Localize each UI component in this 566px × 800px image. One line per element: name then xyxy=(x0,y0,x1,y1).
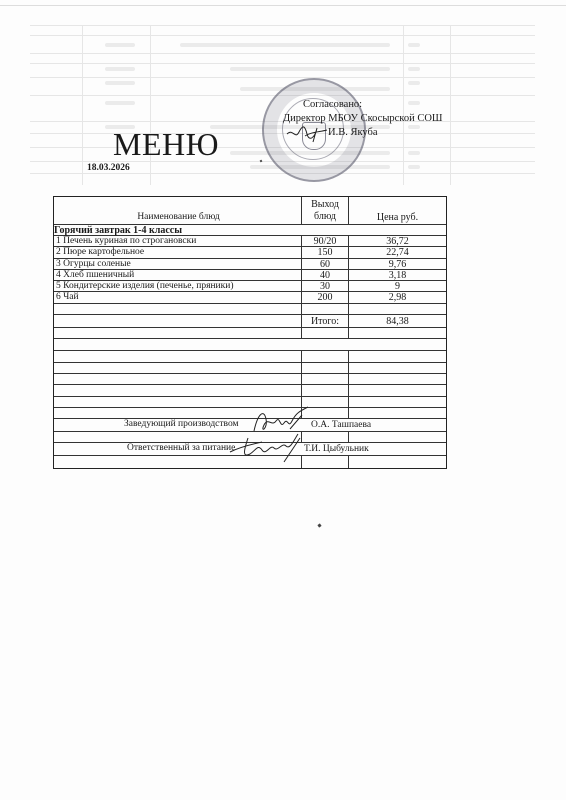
dish-price: 36,72 xyxy=(348,236,446,246)
header-price: Цена руб. xyxy=(348,197,446,224)
empty-cell xyxy=(54,374,301,384)
dish-price: 3,18 xyxy=(348,270,446,280)
empty-cell xyxy=(301,304,348,314)
empty-cell xyxy=(348,304,446,314)
menu-table: Наименование блюд Выход блюд Цена руб. Г… xyxy=(53,196,447,469)
empty-cell xyxy=(348,408,446,418)
empty-row xyxy=(54,351,446,362)
dish-yield: 40 xyxy=(301,270,348,280)
empty-cell xyxy=(301,328,348,338)
total-row: Итого: 84,38 xyxy=(54,315,446,328)
empty-cell xyxy=(54,408,301,418)
empty-cell xyxy=(301,351,348,361)
dish-yield: 150 xyxy=(301,247,348,257)
empty-cell xyxy=(54,328,301,338)
empty-row xyxy=(54,397,446,408)
approval-heading: Согласовано: xyxy=(303,98,443,112)
empty-cell xyxy=(301,432,348,442)
dish-name: 5 Кондитерские изделия (печенье, пряники… xyxy=(54,281,301,291)
table-row: 6 Чай 200 2,98 xyxy=(54,292,446,303)
nutrition-responsible-label: Ответственный за питание xyxy=(127,443,235,453)
menu-date: 18.03.2026 xyxy=(87,163,130,173)
dish-name: 6 Чай xyxy=(54,292,301,302)
empty-cell xyxy=(348,328,446,338)
empty-cell xyxy=(348,363,446,373)
empty-row xyxy=(54,408,446,419)
empty-cell xyxy=(348,374,446,384)
dish-price: 9 xyxy=(348,281,446,291)
empty-cell xyxy=(301,456,348,467)
section-title: Горячий завтрак 1-4 классы xyxy=(54,225,446,236)
empty-cell xyxy=(301,363,348,373)
dish-name: 4 Хлеб пшеничный xyxy=(54,270,301,280)
empty-row xyxy=(54,385,446,396)
empty-cell xyxy=(348,385,446,395)
scan-speck xyxy=(317,523,321,527)
scan-speck xyxy=(260,160,263,163)
header-dish-name: Наименование блюд xyxy=(54,197,301,224)
empty-cell xyxy=(54,432,301,442)
empty-cell xyxy=(54,351,301,361)
dish-name: 2 Пюре картофельное xyxy=(54,247,301,257)
dish-price: 2,98 xyxy=(348,292,446,302)
page-top-edge xyxy=(0,5,566,6)
dish-price: 9,76 xyxy=(348,259,446,269)
empty-row xyxy=(54,328,446,339)
dish-name: 3 Огурцы соленые xyxy=(54,259,301,269)
empty-row xyxy=(54,339,446,351)
empty-cell xyxy=(54,304,301,314)
table-header-row: Наименование блюд Выход блюд Цена руб. xyxy=(54,197,446,225)
dish-yield: 200 xyxy=(301,292,348,302)
total-label: Итого: xyxy=(301,315,348,327)
empty-cell xyxy=(348,351,446,361)
empty-cell xyxy=(301,408,348,418)
table-row: 2 Пюре картофельное 150 22,74 xyxy=(54,247,446,258)
empty-cell xyxy=(54,385,301,395)
dish-price: 22,74 xyxy=(348,247,446,257)
empty-cell xyxy=(301,397,348,407)
page-title: МЕНЮ xyxy=(113,126,219,163)
header-yield: Выход блюд xyxy=(301,197,348,224)
empty-row xyxy=(54,363,446,374)
dish-yield: 60 xyxy=(301,259,348,269)
empty-cell xyxy=(54,397,301,407)
empty-row xyxy=(54,432,446,443)
production-head-label: Заведующий производством xyxy=(124,419,239,429)
production-head-row: Заведующий производством О.А. Ташпаева xyxy=(54,419,446,432)
table-row: 5 Кондитерские изделия (печенье, пряники… xyxy=(54,281,446,292)
table-row: 3 Огурцы соленые 60 9,76 xyxy=(54,259,446,270)
table-row: 1 Печень куриная по строгановски 90/20 3… xyxy=(54,236,446,247)
empty-cell xyxy=(348,456,446,467)
empty-cell xyxy=(348,397,446,407)
nutrition-responsible-name: Т.И. Цыбульник xyxy=(304,444,369,454)
empty-cell xyxy=(348,432,446,442)
table-row: 4 Хлеб пшеничный 40 3,18 xyxy=(54,270,446,281)
empty-cell xyxy=(54,456,301,467)
nutrition-responsible-row: Ответственный за питание Т.И. Цыбульник xyxy=(54,443,446,456)
dish-name: 1 Печень куриная по строгановски xyxy=(54,236,301,246)
empty-cell xyxy=(54,363,301,373)
total-value: 84,38 xyxy=(348,315,446,327)
approval-director-name: И.В. Якуба xyxy=(328,126,443,140)
dish-yield: 30 xyxy=(301,281,348,291)
empty-cell xyxy=(301,374,348,384)
production-head-name: О.А. Ташпаева xyxy=(311,420,371,430)
empty-row xyxy=(54,374,446,385)
director-signature xyxy=(285,118,330,144)
empty-row xyxy=(54,304,446,315)
empty-cell xyxy=(301,385,348,395)
dish-yield: 90/20 xyxy=(301,236,348,246)
empty-cell xyxy=(54,315,301,327)
empty-row xyxy=(54,456,446,467)
